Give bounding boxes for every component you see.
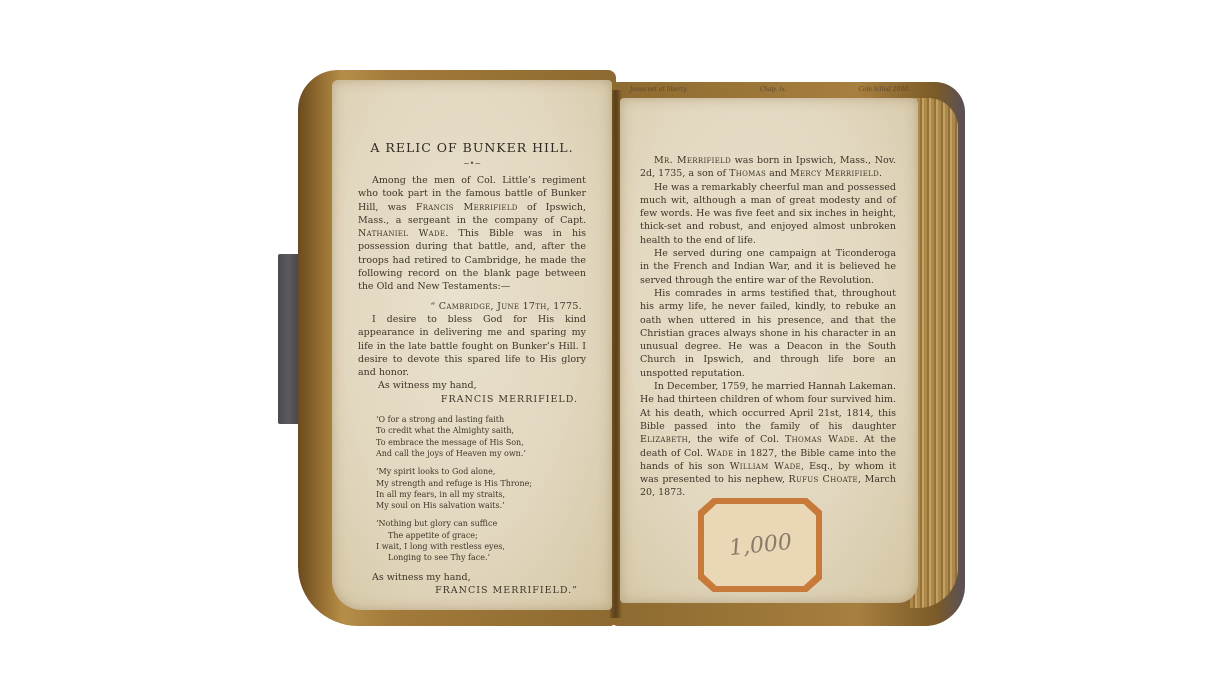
paragraph-comrades: His comrades in arms testified that, thr… [640, 287, 896, 380]
witness-line-2: As witness my hand, [358, 571, 586, 584]
verse-block: ‘O for a strong and lasting faith To cre… [332, 414, 612, 564]
open-antique-bible: A RELIC OF BUNKER HILL. ~•~ Among the me… [278, 68, 968, 628]
running-head-center: Chap. ix. [760, 86, 787, 98]
running-head: Jesus set at liberty. Chap. ix. Cole kil… [620, 86, 920, 98]
stanza-2: ‘My spirit looks to God alone, My streng… [376, 466, 612, 511]
paragraph-character: He was a remarkably cheerful man and pos… [640, 181, 896, 247]
name-nathaniel-wade: Nathaniel Wade [358, 228, 445, 239]
right-page: Mr. Merrifield was born in Ipswich, Mass… [620, 98, 918, 603]
handwritten-number: 1,000 [727, 529, 792, 560]
name-francis-merrifield: Francis Merrifield [416, 202, 518, 213]
page-title: A RELIC OF BUNKER HILL. [332, 140, 612, 155]
record-paragraph: I desire to bless God for His kind appea… [358, 313, 586, 379]
signature-2: FRANCIS MERRIFIELD.” [358, 584, 586, 597]
running-head-left: Jesus set at liberty. [630, 86, 688, 98]
right-page-text: Mr. Merrifield was born in Ipswich, Mass… [620, 154, 918, 500]
intro-paragraph: Among the men of Col. Little’s regiment … [358, 174, 586, 294]
ornament-divider: ~•~ [332, 159, 612, 168]
left-page-text: Among the men of Col. Little’s regiment … [332, 174, 612, 406]
witness-line: As witness my hand, [358, 379, 586, 392]
running-head-right: Cole killed 2000. [859, 86, 910, 98]
signature: FRANCIS MERRIFIELD. [358, 393, 586, 406]
left-page: A RELIC OF BUNKER HILL. ~•~ Among the me… [332, 80, 612, 610]
paragraph-provenance: In December, 1759, he married Hannah Lak… [640, 380, 896, 500]
stanza-1: ‘O for a strong and lasting faith To cre… [376, 414, 612, 459]
paragraph-service: He served during one campaign at Ticonde… [640, 247, 896, 287]
stanza-3: ‘Nothing but glory can suffice The appet… [376, 518, 612, 563]
paragraph-birth: Mr. Merrifield was born in Ipswich, Mass… [640, 154, 896, 181]
dateline: “ Cambridge, June 17th, 1775. [358, 300, 586, 313]
collection-label: 1,000 [698, 498, 822, 592]
